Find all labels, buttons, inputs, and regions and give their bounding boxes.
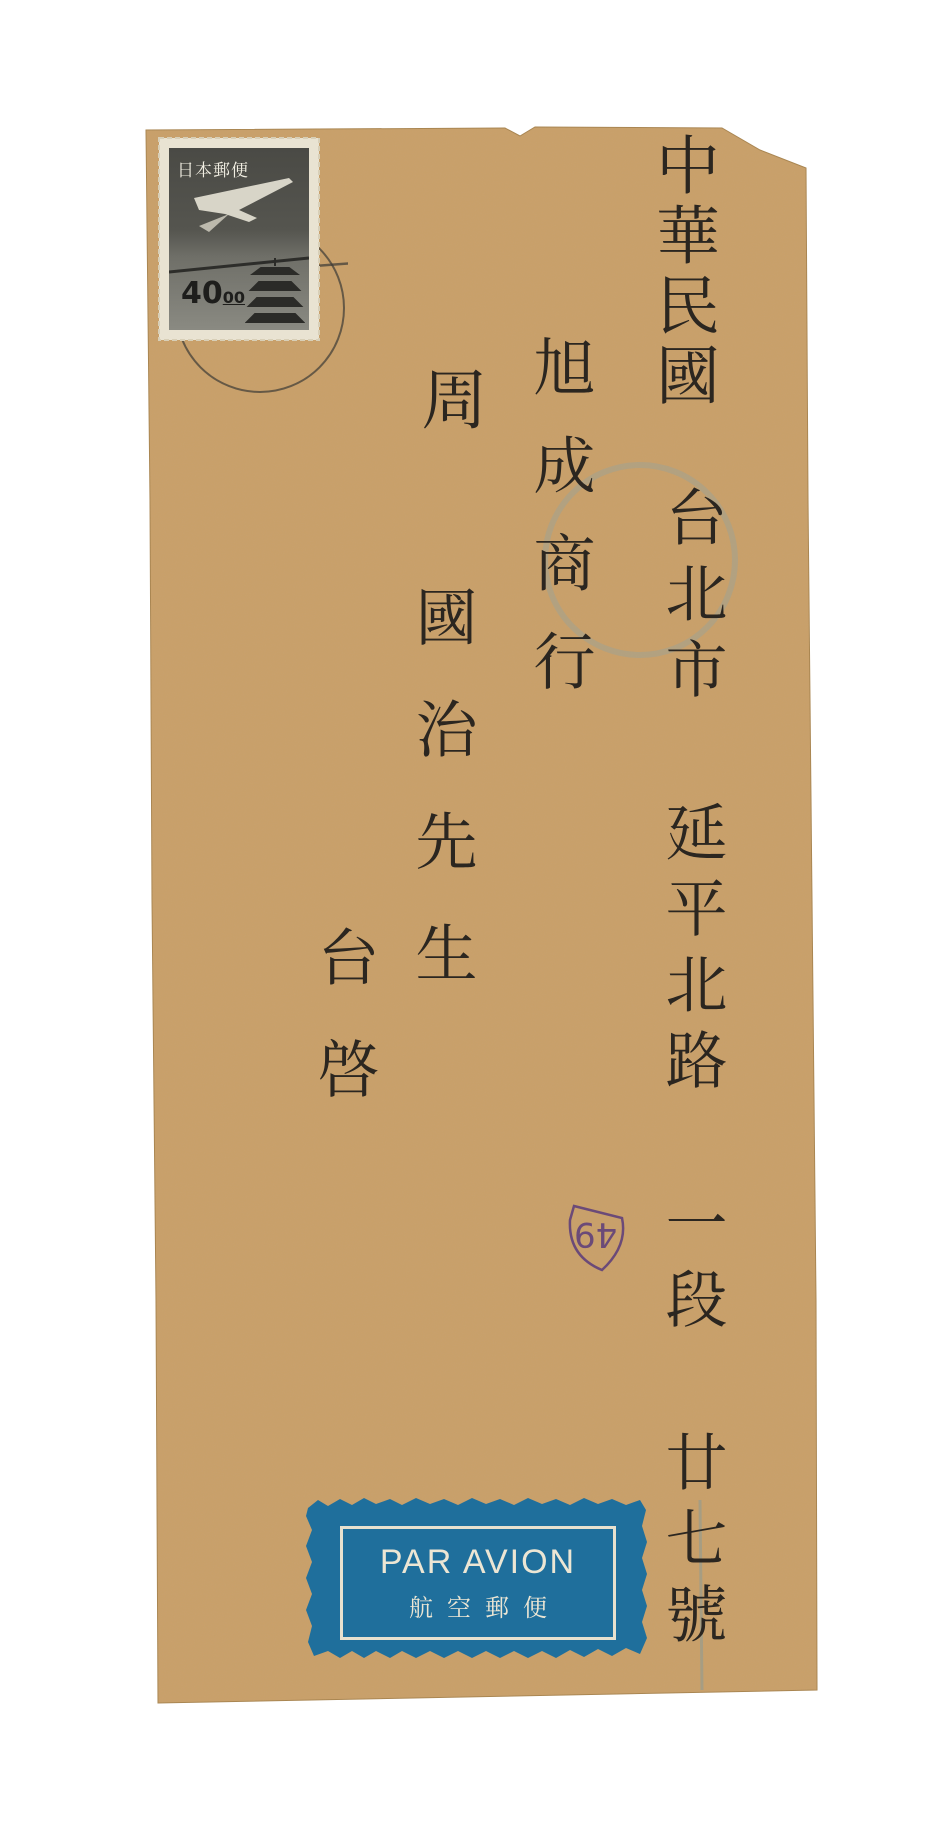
- stamp-design: 日本郵便 4000: [169, 148, 309, 330]
- airmail-label: PAR AVION 航空郵便: [304, 1496, 648, 1662]
- address-street: 台北市 延平北路 一段 廿七號: [660, 485, 722, 1658]
- airmail-label-chinese: 航空郵便: [343, 1588, 613, 1623]
- airmail-label-frame: PAR AVION 航空郵便: [340, 1526, 616, 1640]
- postage-stamp: 日本郵便 4000: [155, 134, 323, 344]
- stamp-value: 4000: [181, 276, 245, 311]
- address-company: 旭成商行: [528, 335, 590, 727]
- closing-salutation: 台啓: [312, 925, 374, 1149]
- address-street-text: 台北市 延平北路 一段 廿七號: [655, 485, 728, 1658]
- address-country: 中華民國: [650, 132, 714, 412]
- recipient-name: 國治先生: [410, 585, 472, 1033]
- airmail-label-english: PAR AVION: [343, 1543, 613, 1582]
- pagoda-icon: [245, 256, 305, 326]
- envelope: 日本郵便 4000 中華民國 台北市 延平北路 一段 廿七號 旭成商行 周 國治…: [0, 0, 931, 1837]
- handstamp-number: 49: [574, 1214, 617, 1254]
- recipient-surname: 周: [415, 365, 481, 431]
- purple-handstamp: 49: [562, 1200, 632, 1274]
